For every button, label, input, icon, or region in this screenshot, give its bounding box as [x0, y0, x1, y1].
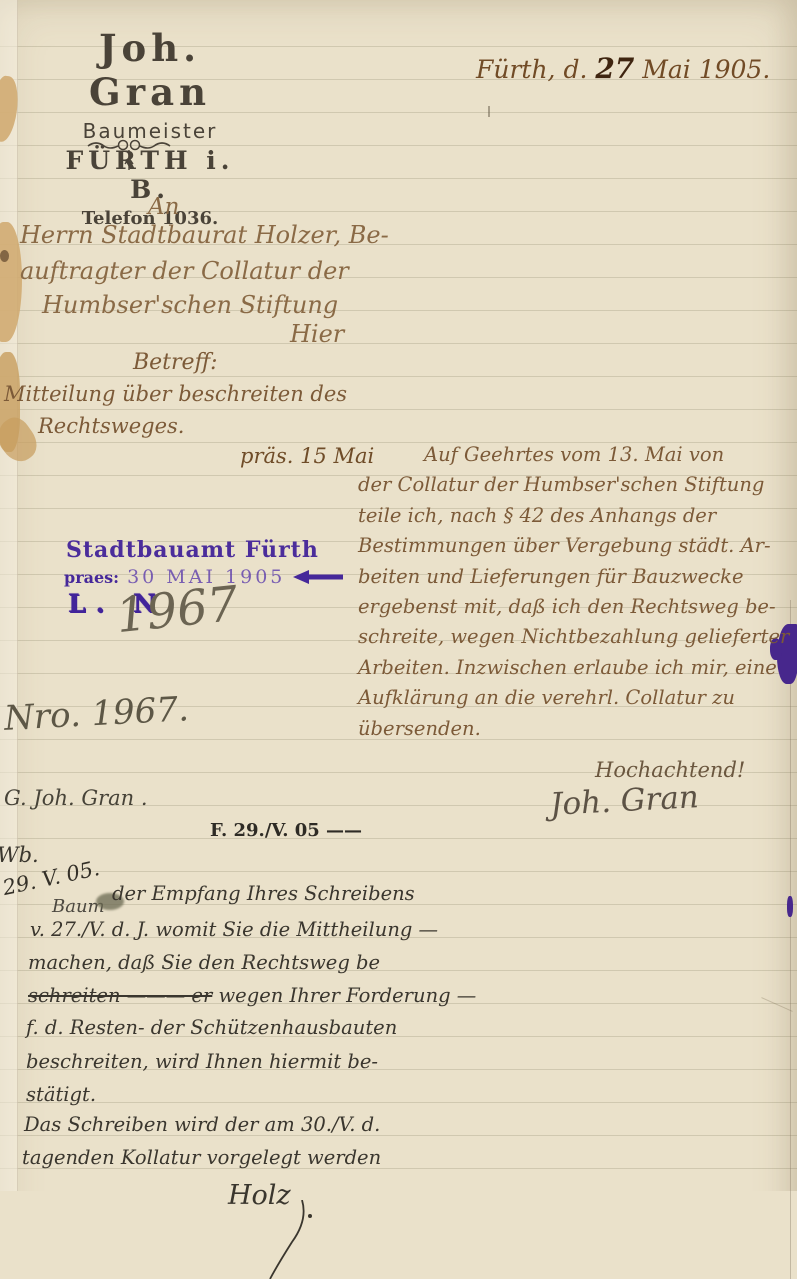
- letterhead-name: Joh. Gran: [40, 26, 260, 114]
- response-line: Das Schreiben wird der am 30./V. d.: [24, 1113, 380, 1136]
- dateline-day: 27: [595, 52, 634, 85]
- sender-note: G. Joh. Gran .: [4, 786, 148, 810]
- dateline-place: Fürth, d.: [476, 55, 587, 84]
- body-line: teile ich, nach § 42 des Anhangs der: [358, 501, 794, 531]
- body-line: Aufklärung an die verehrl. Collatur zu: [358, 683, 794, 713]
- subject-line: Rechtsweges.: [38, 414, 184, 438]
- scanned-letter-page: Joh. Gran Baumeister FÜRTH i. B. Telefon…: [0, 0, 797, 1279]
- body-line: Arbeiten. Inzwischen erlaube ich mir, ei…: [358, 653, 794, 683]
- flourish-ornament-icon: [86, 136, 172, 172]
- subject-label: Betreff:: [133, 350, 218, 375]
- body-line: der Collatur der Humbser'schen Stiftung: [358, 470, 794, 500]
- subject-line: Mitteilung über beschreiten des: [4, 382, 347, 406]
- body-line: Auf Geehrtes vom 13. Mai von: [358, 440, 794, 470]
- response-line: tagenden Kollatur vorgelegt werden: [22, 1146, 381, 1169]
- recipient-line: Herrn Stadtbaurat Holzer, Be-: [20, 221, 389, 249]
- body-line: übersenden.: [358, 714, 794, 744]
- body-line: ergebenst mit, daß ich den Rechtsweg be-: [358, 592, 794, 622]
- ink-blot: [787, 896, 793, 917]
- response-line-rest: wegen Ihrer Forderung —: [212, 984, 476, 1007]
- response-line: stätigt.: [26, 1083, 96, 1106]
- response-line: beschreiten, wird Ihnen hiermit be-: [26, 1050, 378, 1073]
- paper-damage-spot: [0, 250, 9, 262]
- body-line: Bestimmungen über Vergebung städt. Ar-: [358, 531, 794, 561]
- unruled-bottom-margin: [0, 1191, 797, 1279]
- body-line: schreite, wegen Nichtbezahlung geliefert…: [358, 622, 794, 652]
- paper-damage-patch: [0, 222, 22, 342]
- margin-fragment: Wb.: [0, 843, 39, 867]
- body-line: beiten und Lieferungen für Bauzwecke: [358, 562, 794, 592]
- paper-crease: [761, 997, 792, 1012]
- body-text: Auf Geehrtes vom 13. Mai von der Collatu…: [358, 440, 794, 744]
- response-struck-text: schreiten ——— er: [28, 984, 212, 1007]
- recipient-salutation: An: [148, 194, 179, 220]
- dateline-month-year: Mai 1905.: [642, 55, 770, 84]
- sender-signature: Joh. Gran: [549, 779, 699, 823]
- response-line: v. 27./V. d. J. womit Sie die Mittheilun…: [30, 918, 438, 941]
- praes-note: präs. 15 Mai: [240, 444, 374, 468]
- pen-tick-mark: [488, 106, 490, 117]
- stamp-arrow-left-icon: [293, 570, 345, 584]
- left-edge-strip: [0, 0, 18, 1279]
- recipient-line: Humbser'schen Stiftung: [42, 291, 338, 319]
- recipient-place: Hier: [290, 320, 344, 348]
- response-line: schreiten ——— er wegen Ihrer Forderung —: [28, 984, 476, 1007]
- dateline: Fürth, d. 27 Mai 1905.: [476, 52, 770, 85]
- recipient-line: auftragter der Collatur der: [20, 257, 349, 285]
- response-line: machen, daß Sie den Rechtsweg be: [28, 951, 380, 974]
- stamp-office: Stadtbauamt Fürth: [66, 537, 319, 563]
- response-line: der Empfang Ihres Schreibens: [112, 882, 415, 905]
- filing-note: F. 29./V. 05 ——: [210, 820, 362, 841]
- signature-flourish-stroke: [250, 1200, 320, 1279]
- response-line: f. d. Resten- der Schützenhausbauten: [26, 1016, 397, 1039]
- stamp-entry-number: 1967: [113, 576, 240, 644]
- stamp-praes-label: praes:: [64, 568, 119, 587]
- registry-number: Nro. 1967.: [3, 689, 190, 739]
- closing-salutation: Hochachtend!: [595, 758, 745, 782]
